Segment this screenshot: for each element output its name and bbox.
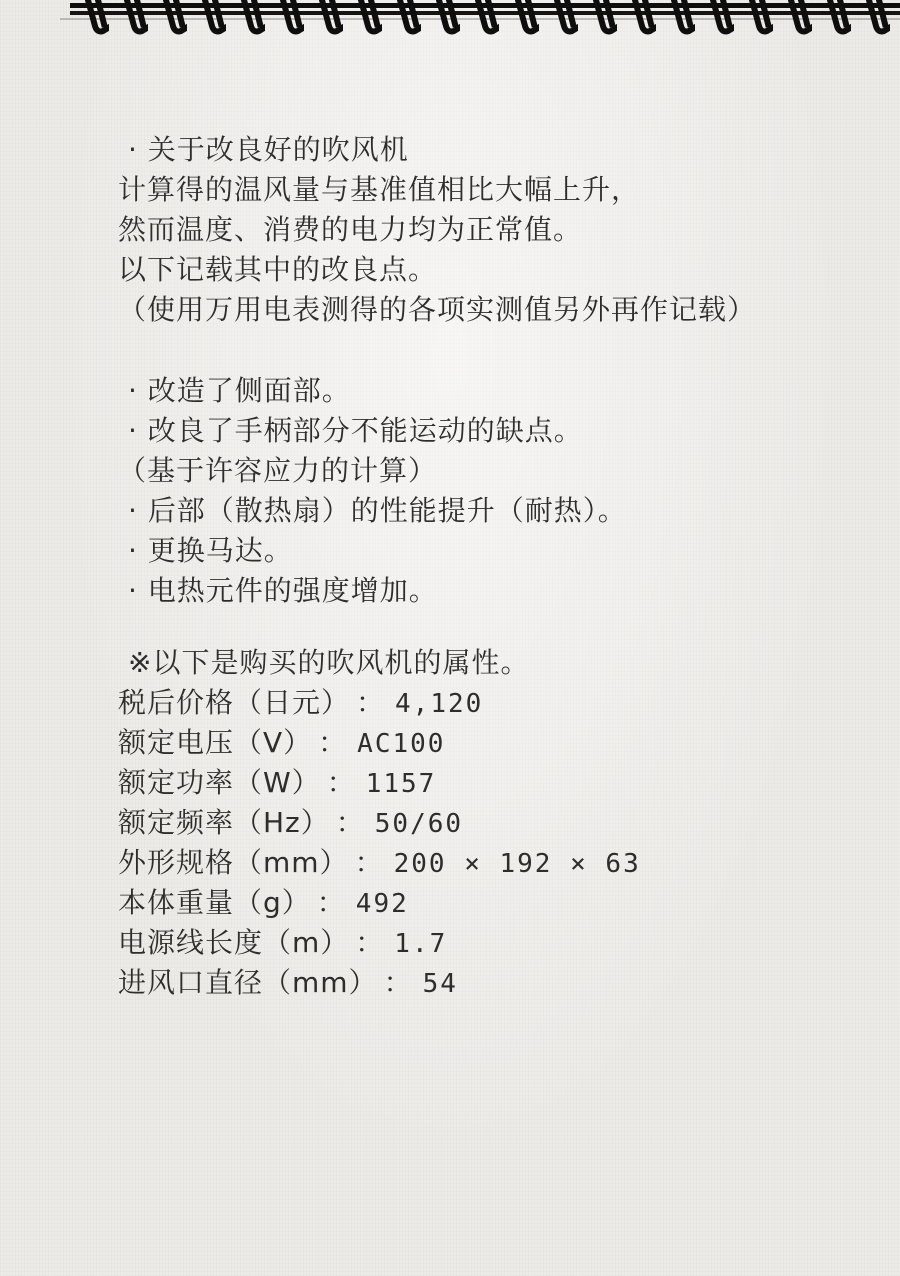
list-item: · 电热元件的强度增加。 xyxy=(118,571,627,611)
spiral-loop-icon xyxy=(863,0,890,44)
specs-heading: ※以下是购买的吹风机的属性。 xyxy=(118,643,641,683)
spiral-loop-icon xyxy=(82,0,109,44)
note-line: 然而温度、消费的电力均为正常值。 xyxy=(118,210,756,250)
spec-row: 税后价格（日元）：4,120 xyxy=(118,683,641,723)
spiral-loop-icon xyxy=(433,0,460,44)
spiral-loop-icon xyxy=(746,0,773,44)
spec-value: 1.7 xyxy=(394,924,447,964)
spec-label: 额定电压（V） xyxy=(118,723,312,763)
spec-row: 额定频率（Hz）：50/60 xyxy=(118,803,641,843)
spec-separator: ： xyxy=(378,963,423,1003)
spiral-loop-icon xyxy=(355,0,382,44)
spec-row: 进风口直径（mm）：54 xyxy=(118,963,641,1003)
spec-label: 本体重量（g） xyxy=(118,883,311,923)
spec-separator: ： xyxy=(321,763,366,803)
spec-row: 电源线长度（m）：1.7 xyxy=(118,923,641,963)
spiral-loop-icon xyxy=(551,0,578,44)
spec-row: 本体重量（g）：492 xyxy=(118,883,641,923)
list-item: · 更换马达。 xyxy=(118,531,627,571)
spec-value: 54 xyxy=(423,964,458,1004)
spec-separator: ： xyxy=(350,683,395,723)
spec-label: 电源线长度（m） xyxy=(118,923,349,963)
spiral-loop-icon xyxy=(512,0,539,44)
spiral-loop-icon xyxy=(668,0,695,44)
spiral-loop-icon xyxy=(785,0,812,44)
spec-value: 4,120 xyxy=(395,684,483,724)
spec-label: 外形规格（mm） xyxy=(118,843,349,883)
spec-value: 50/60 xyxy=(375,804,463,844)
spec-separator: ： xyxy=(330,803,375,843)
spec-value: 1157 xyxy=(366,764,437,804)
spec-value: 200 × 192 × 63 xyxy=(394,844,641,884)
note-line: · 关于改良好的吹风机 xyxy=(118,130,756,170)
spiral-loop-icon xyxy=(472,0,499,44)
spec-separator: ： xyxy=(311,883,356,923)
spiral-loop-icon xyxy=(824,0,851,44)
list-item: （基于许容应力的计算） xyxy=(118,451,627,491)
spiral-loops xyxy=(82,0,890,46)
spec-row: 额定功率（W）：1157 xyxy=(118,763,641,803)
spiral-loop-icon xyxy=(629,0,656,44)
spiral-loop-icon xyxy=(590,0,617,44)
note-line: 计算得的温风量与基准值相比大幅上升， xyxy=(118,170,756,210)
improvements-list: · 改造了侧面部。 · 改良了手柄部分不能运动的缺点。 （基于许容应力的计算） … xyxy=(118,371,627,611)
spec-value: 492 xyxy=(356,884,409,924)
spec-label: 额定功率（W） xyxy=(118,763,321,803)
spiral-loop-icon xyxy=(707,0,734,44)
note-line: 以下记载其中的改良点。 xyxy=(118,250,756,290)
spiral-loop-icon xyxy=(199,0,226,44)
list-item: · 改造了侧面部。 xyxy=(118,371,627,411)
intro-paragraph: · 关于改良好的吹风机 计算得的温风量与基准值相比大幅上升， 然而温度、消费的电… xyxy=(118,130,756,330)
spiral-binding xyxy=(0,0,900,56)
spec-label: 额定频率（Hz） xyxy=(118,803,330,843)
spec-row: 外形规格（mm）：200 × 192 × 63 xyxy=(118,843,641,883)
spec-separator: ： xyxy=(312,723,357,763)
spec-row: 额定电压（V）：AC100 xyxy=(118,723,641,763)
spiral-loop-icon xyxy=(238,0,265,44)
spiral-loop-icon xyxy=(160,0,187,44)
spiral-loop-icon xyxy=(121,0,148,44)
spec-label: 税后价格（日元） xyxy=(118,683,350,723)
spiral-loop-icon xyxy=(277,0,304,44)
notebook-page: · 关于改良好的吹风机 计算得的温风量与基准值相比大幅上升， 然而温度、消费的电… xyxy=(0,0,900,1276)
list-item: · 后部（散热扇）的性能提升（耐热）。 xyxy=(118,491,627,531)
spec-separator: ： xyxy=(349,923,394,963)
specs-section: ※以下是购买的吹风机的属性。 税后价格（日元）：4,120 额定电压（V）：AC… xyxy=(118,643,641,1003)
list-item: · 改良了手柄部分不能运动的缺点。 xyxy=(118,411,627,451)
spiral-loop-icon xyxy=(316,0,343,44)
note-line: （使用万用电表测得的各项实测值另外再作记载） xyxy=(118,290,756,330)
spec-separator: ： xyxy=(349,843,394,883)
spec-value: AC100 xyxy=(357,724,445,764)
spiral-loop-icon xyxy=(394,0,421,44)
spec-label: 进风口直径（mm） xyxy=(118,963,378,1003)
